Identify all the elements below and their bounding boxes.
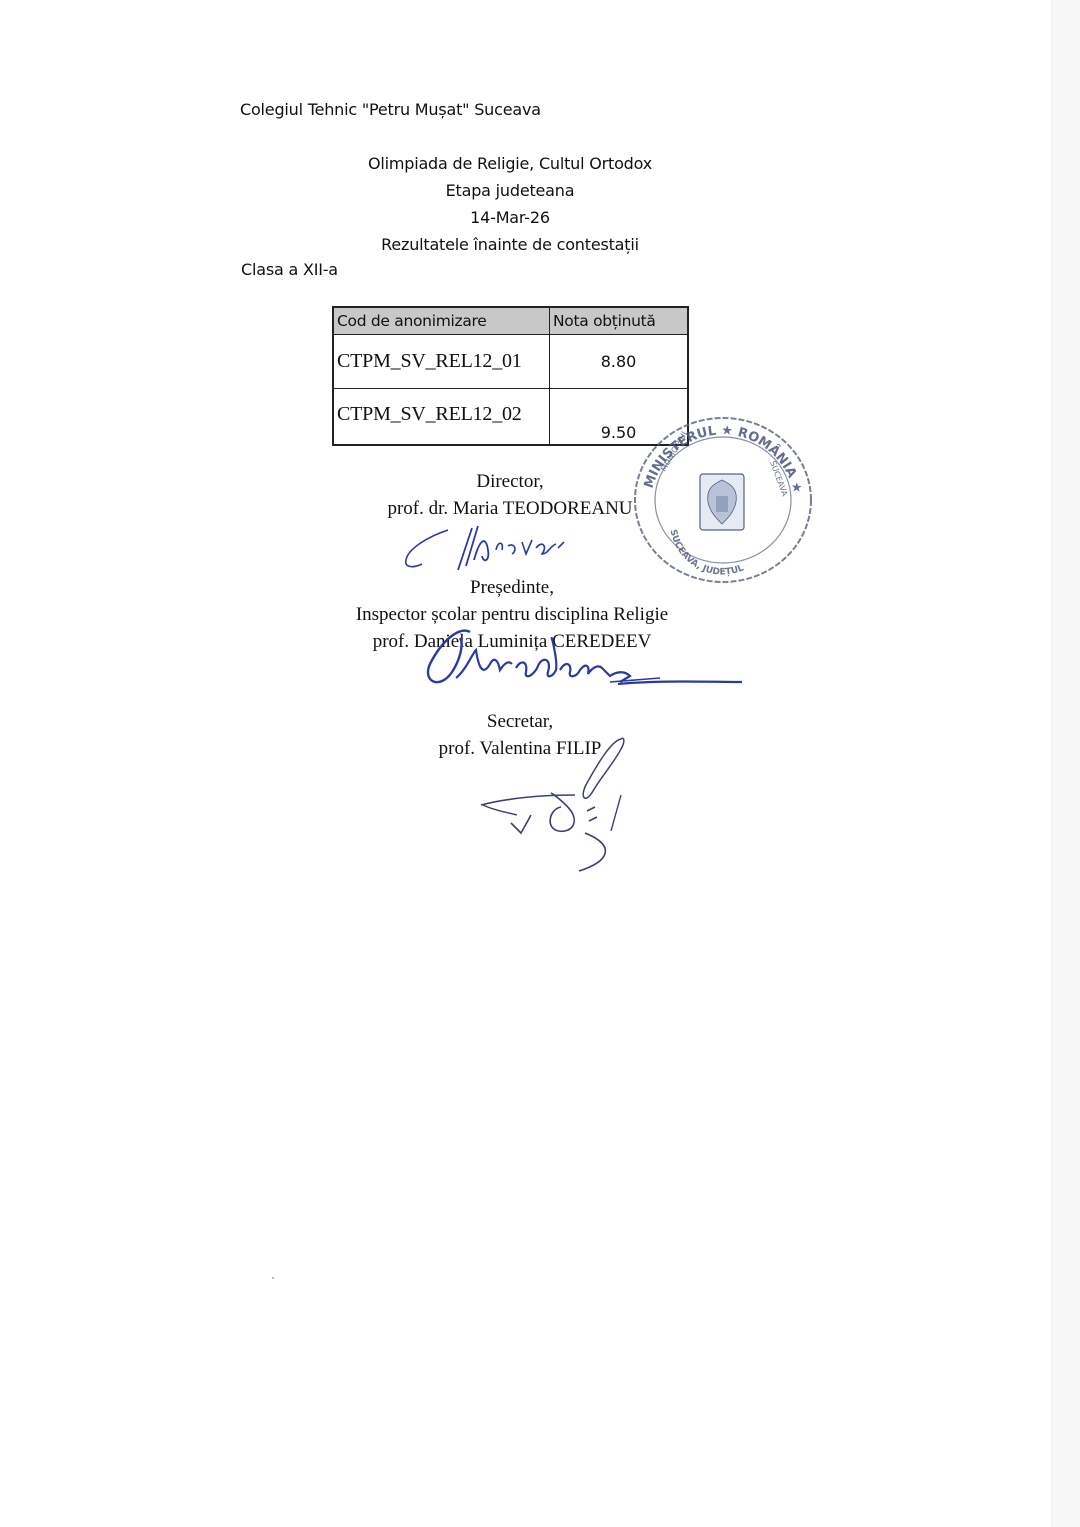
school-name: Colegiul Tehnic "Petru Mușat" Suceava — [240, 100, 541, 119]
president-role: Președinte, — [312, 574, 712, 601]
document-heading: Olimpiada de Religie, Cultul Ortodox Eta… — [340, 150, 680, 258]
anonymization-code: CTPM_SV_REL12_01 — [333, 335, 550, 389]
scan-speck — [272, 1277, 274, 1279]
column-header-grade: Nota obținută — [550, 307, 689, 335]
director-signature-icon — [400, 520, 570, 575]
grade-value: 8.80 — [550, 335, 689, 389]
stage-label: Etapa judeteana — [340, 177, 680, 204]
results-subtitle: Rezultatele înainte de contestații — [340, 231, 680, 258]
director-signatory: Director, prof. dr. Maria TEODOREANU — [330, 468, 690, 522]
column-header-code: Cod de anonimizare — [333, 307, 550, 335]
table-header-row: Cod de anonimizare Nota obținută — [333, 307, 688, 335]
scan-edge-strip — [1051, 0, 1080, 1527]
olympiad-title: Olimpiada de Religie, Cultul Ortodox — [340, 150, 680, 177]
table-row: CTPM_SV_REL12_01 8.80 — [333, 335, 688, 389]
director-role: Director, — [330, 468, 690, 495]
anonymization-code: CTPM_SV_REL12_02 — [333, 389, 550, 446]
secretary-role: Secretar, — [390, 708, 650, 735]
exam-date: 14-Mar-26 — [340, 204, 680, 231]
president-signature-icon — [420, 620, 750, 700]
director-name: prof. dr. Maria TEODOREANU — [330, 495, 690, 522]
secretary-signature-icon — [475, 735, 635, 875]
class-label: Clasa a XII-a — [241, 260, 338, 279]
